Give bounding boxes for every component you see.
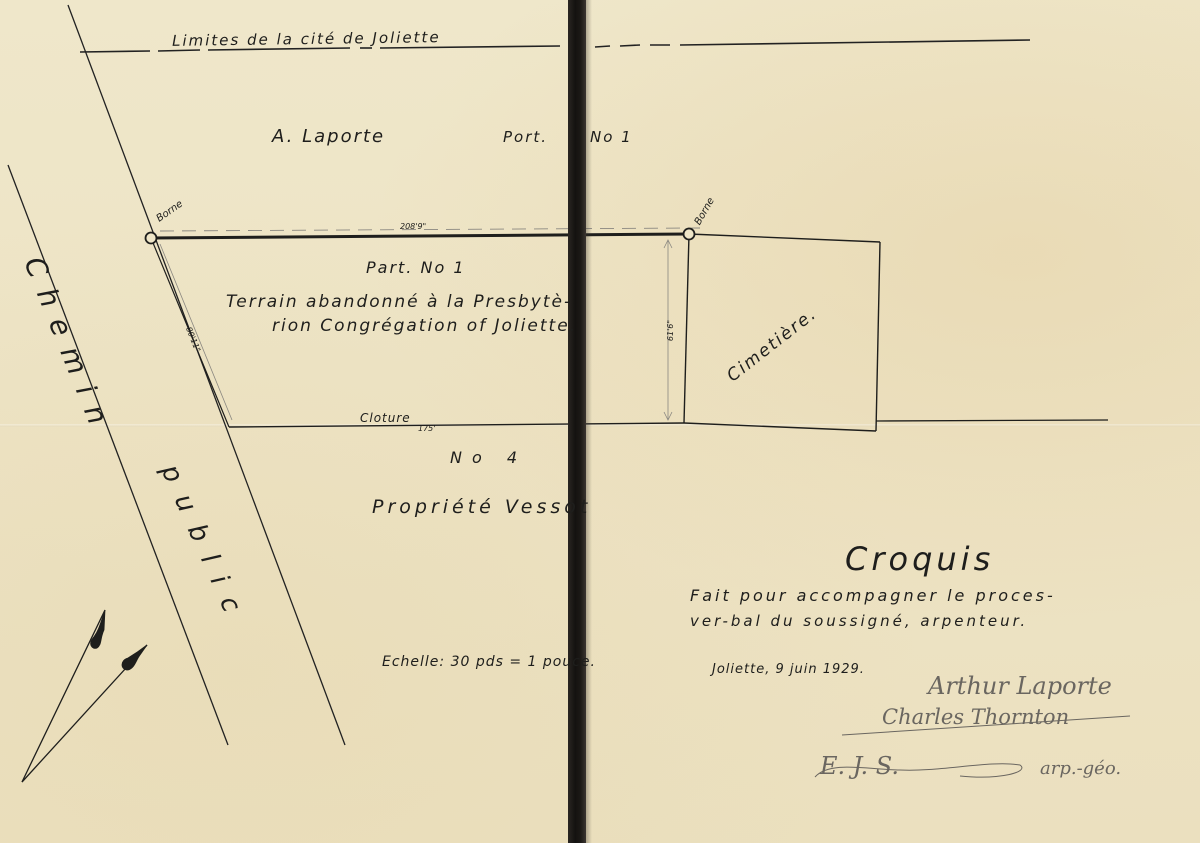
binding-strip xyxy=(568,0,586,843)
title-croquis: Croquis xyxy=(845,540,994,578)
south-parcel-number: No 4 xyxy=(450,448,527,467)
place-date: Joliette, 9 juin 1929. xyxy=(712,662,865,677)
south-line-measurement: 175' xyxy=(418,424,435,433)
borne-marker-right xyxy=(684,229,695,240)
binding-shadow xyxy=(586,0,592,843)
borne-marker-left xyxy=(146,233,157,244)
east-line-measurement: 61'6" xyxy=(666,320,675,341)
title-subtitle-1: Fait pour accompagner le proces- xyxy=(690,586,1056,605)
signature-surveyor: E. J. S. xyxy=(820,752,899,780)
signature-arthur-laporte: Arthur Laporte xyxy=(928,672,1112,700)
main-parcel-title: Part. No 1 xyxy=(366,258,466,277)
scale-label: Echelle: 30 pds = 1 pouce. xyxy=(382,654,596,670)
road-edges xyxy=(8,5,345,745)
north-parcel-part-label: Port. xyxy=(503,128,548,146)
main-parcel-description-1: Terrain abandonné à la Presbytè- xyxy=(226,292,572,312)
north-parcel-part-number: No 1 xyxy=(590,128,633,146)
surveyor-suffix: arp.-géo. xyxy=(1040,758,1121,779)
north-parcel-owner: A. Laporte xyxy=(272,126,385,147)
signature-charles-thornton: Charles Thornton xyxy=(882,705,1069,729)
title-subtitle-2: ver-bal du soussigné, arpenteur. xyxy=(690,612,1028,630)
north-arrow-icon xyxy=(22,610,147,782)
fence-line-east xyxy=(876,420,1108,421)
reference-dashed-line xyxy=(160,228,700,231)
city-limits-label: Limites de la cité de Joliette xyxy=(172,28,441,50)
south-parcel-owner: Propriété Vessot xyxy=(372,496,591,518)
survey-sheet: Limites de la cité de Joliette A. Laport… xyxy=(0,0,1200,843)
main-parcel-description-2: rion Congrégation of Joliette. xyxy=(272,316,577,336)
fence-label: Cloture xyxy=(360,411,411,425)
north-line-measurement: 208'9" xyxy=(400,222,426,231)
